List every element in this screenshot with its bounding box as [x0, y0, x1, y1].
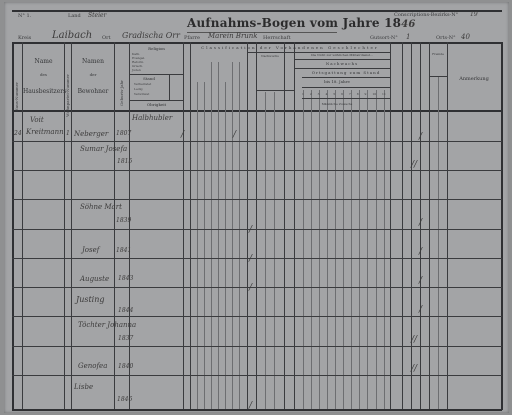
- header-classification: Classification der Vorhandenen Geschlech…: [190, 45, 390, 50]
- cell-resident: Sumar Josefa: [80, 144, 114, 154]
- herrschaft-label: Herrschaft: [263, 35, 291, 41]
- page-title: Aufnahms-Bogen vom Jahre 1846: [187, 16, 416, 30]
- cell-birth-year: 1841: [116, 247, 131, 254]
- col-divider: [218, 62, 219, 410]
- age-col: 8: [357, 92, 359, 96]
- row-divider: [12, 375, 502, 376]
- col-divider: [232, 62, 233, 410]
- header-foreigners: Fremde: [429, 52, 447, 56]
- header-resident-2: der: [72, 72, 114, 77]
- land-label: Land: [68, 13, 81, 19]
- kreis-label: Kreis: [18, 35, 31, 41]
- tally-mark: /: [233, 130, 236, 140]
- cell-birth-year: 1843: [118, 275, 133, 282]
- tally-mark: /: [181, 130, 184, 140]
- tally-mark: /: [419, 247, 422, 257]
- header-family-no: Wohnpartei-Nummer: [65, 74, 70, 117]
- header-classification-sub2: Nachwachs: [294, 61, 390, 66]
- row-divider: [302, 77, 390, 78]
- row-divider: [12, 287, 502, 288]
- row-divider: [302, 98, 390, 99]
- age-col: 7: [349, 92, 351, 96]
- col-divider: [351, 90, 352, 410]
- age-col: 3: [318, 92, 320, 96]
- col-divider: [129, 42, 130, 410]
- col-divider: [447, 42, 448, 410]
- header-religion: Religion: [130, 46, 183, 51]
- tally-mark: /: [419, 218, 422, 228]
- cell-resident: Lisbe: [74, 383, 93, 391]
- cell-birth-year: 1839: [116, 217, 131, 224]
- col-divider: [183, 42, 184, 410]
- tally-mark: //: [411, 160, 417, 170]
- tally-mark: /: [419, 276, 422, 286]
- age-col: 10: [372, 92, 376, 96]
- cell-resident: Justing: [76, 295, 105, 304]
- header-owner-3: Hausbesitzers: [23, 88, 64, 95]
- col-divider: [376, 90, 377, 410]
- orts-value: 40: [461, 33, 470, 41]
- cell-family-no: 1: [66, 130, 70, 137]
- header-status: Stand: [130, 76, 168, 81]
- header-resident-1: Namen: [72, 58, 114, 65]
- col-divider: [438, 76, 439, 410]
- tally-mark: //: [411, 364, 417, 374]
- cell-resident: Josef: [82, 246, 99, 254]
- pfarre-label: Pfarre: [184, 35, 200, 41]
- pfarre-value: Marein Brunk: [208, 32, 258, 40]
- cell-birth-year: 1840: [118, 363, 133, 370]
- col-divider: [411, 42, 412, 410]
- col-divider: [239, 62, 240, 410]
- col-divider: [402, 42, 403, 410]
- col-divider: [190, 42, 191, 410]
- tally-mark: /: [249, 401, 252, 411]
- header-nachwuchs: Nachwuchs: [256, 54, 284, 58]
- col-divider: [22, 42, 23, 410]
- row-divider: [12, 316, 502, 317]
- age-col: 2: [310, 92, 312, 96]
- tally-mark: /: [249, 225, 252, 235]
- header-owner-1: Name: [23, 58, 64, 65]
- cell-occupation: Halbhubler: [132, 114, 172, 122]
- col-divider: [274, 92, 275, 410]
- cell-birth-year: 1844: [118, 307, 133, 314]
- conscription-label: Conscriptions-Bezirks-N°: [394, 12, 458, 18]
- religion-row: Juden: [132, 68, 145, 72]
- col-divider: [319, 90, 320, 410]
- cell-house-no: 24: [14, 130, 22, 137]
- col-divider: [225, 82, 226, 410]
- header-remarks: Anmerkung: [447, 76, 501, 82]
- gutsort-value: 1: [406, 33, 410, 41]
- title-text: Aufnahms-Bogen vom Jahre 18: [187, 16, 401, 30]
- col-divider: [303, 90, 304, 410]
- table-bottom-border: [12, 409, 502, 411]
- row-divider: [429, 76, 447, 77]
- age-col: 5: [333, 92, 335, 96]
- kreis-value: Laibach: [52, 30, 92, 41]
- header-age-range: bis 18. Jahre: [302, 79, 372, 84]
- row-divider: [302, 87, 390, 88]
- row-divider: [12, 229, 502, 230]
- age-col: 11: [382, 92, 386, 96]
- conscription-value: 19: [470, 11, 478, 18]
- col-divider: [335, 90, 336, 410]
- tally-mark: //: [411, 335, 417, 345]
- cell-birth-year: 1846: [117, 396, 132, 403]
- header-house-no: Haus-Nummer: [14, 82, 19, 112]
- cell-owner-first: Voit: [30, 116, 44, 124]
- age-col: 1: [302, 92, 304, 96]
- row-divider: [129, 100, 183, 101]
- col-divider: [343, 90, 344, 410]
- land-value: Steier: [88, 12, 106, 19]
- tally-mark: /: [419, 305, 422, 315]
- cell-birth-year: 1807: [116, 130, 131, 137]
- census-form-sheet: N° 1. Land Steier Aufnahms-Bogen vom Jah…: [4, 2, 509, 413]
- age-col: 6: [341, 92, 343, 96]
- tally-mark: /: [419, 132, 422, 142]
- col-divider: [211, 62, 212, 410]
- header-occupation: Obrigkeit: [130, 102, 183, 107]
- religion-list: Kath. Evangel. Reform. Griech. Juden: [132, 52, 145, 72]
- gutsort-label: Gutsort-N°: [370, 35, 398, 41]
- col-divider: [294, 42, 295, 410]
- col-divider: [367, 90, 368, 410]
- age-columns: 1 2 3 4 5 6 7 8 9 10 11: [302, 92, 386, 96]
- row-divider: [256, 90, 294, 91]
- ort-label: Ort: [102, 35, 111, 41]
- cell-resident: Genofea: [78, 362, 107, 370]
- col-divider: [311, 90, 312, 410]
- cell-resident: Neberger: [74, 130, 108, 138]
- tally-mark: /: [249, 283, 252, 293]
- cell-owner-last: Kreitmann: [26, 128, 64, 136]
- col-divider: [169, 74, 170, 100]
- col-divider: [384, 90, 385, 410]
- col-divider: [265, 92, 266, 410]
- row-divider: [12, 199, 502, 200]
- header-resident-3: Bewohner: [72, 88, 114, 95]
- col-divider: [327, 90, 328, 410]
- row-divider: [12, 141, 502, 142]
- age-col: 9: [365, 92, 367, 96]
- header-age-footer: Männliche Zuwachs: [302, 102, 372, 106]
- header-classification-sub3: Ortsgattung zum Stand: [302, 70, 390, 75]
- row-divider: [294, 68, 390, 69]
- table-right-border: [501, 42, 503, 410]
- header-classification-sub1: Die Nicht zur wirklichen Militairdienst.…: [294, 53, 390, 57]
- row-divider: [12, 258, 502, 259]
- col-divider: [359, 90, 360, 410]
- row-divider: [12, 346, 502, 347]
- orts-label: Orts-N°: [436, 35, 456, 41]
- tally-mark: /: [249, 254, 252, 264]
- cell-resident: Töchter Johanna: [78, 320, 114, 330]
- header-owner-2: des: [23, 72, 64, 77]
- col-divider: [204, 82, 205, 410]
- year-suffix: 46: [401, 19, 415, 30]
- form-number: N° 1.: [18, 13, 31, 19]
- row-divider: [129, 74, 183, 75]
- header-birth-year: Geburts-Jahr: [119, 80, 124, 106]
- status-row: Verwitwet: [134, 92, 151, 97]
- col-divider: [429, 42, 430, 410]
- cell-resident: Auguste: [80, 275, 109, 283]
- cell-birth-year: 1837: [118, 335, 133, 342]
- row-divider: [294, 59, 390, 60]
- status-list: Verheiratet Ledig Verwitwet: [134, 82, 151, 97]
- col-divider: [197, 82, 198, 410]
- age-col: 4: [325, 92, 327, 96]
- cell-resident: Söhne Mart: [80, 202, 114, 212]
- col-divider: [247, 42, 248, 410]
- ort-value: Gradischa Orr: [122, 31, 180, 40]
- col-divider: [256, 42, 257, 410]
- col-divider: [71, 42, 72, 410]
- cell-birth-year: 1815: [117, 158, 132, 165]
- col-divider: [284, 42, 285, 410]
- col-divider: [114, 42, 115, 410]
- row-divider: [12, 170, 502, 171]
- col-divider: [390, 42, 391, 410]
